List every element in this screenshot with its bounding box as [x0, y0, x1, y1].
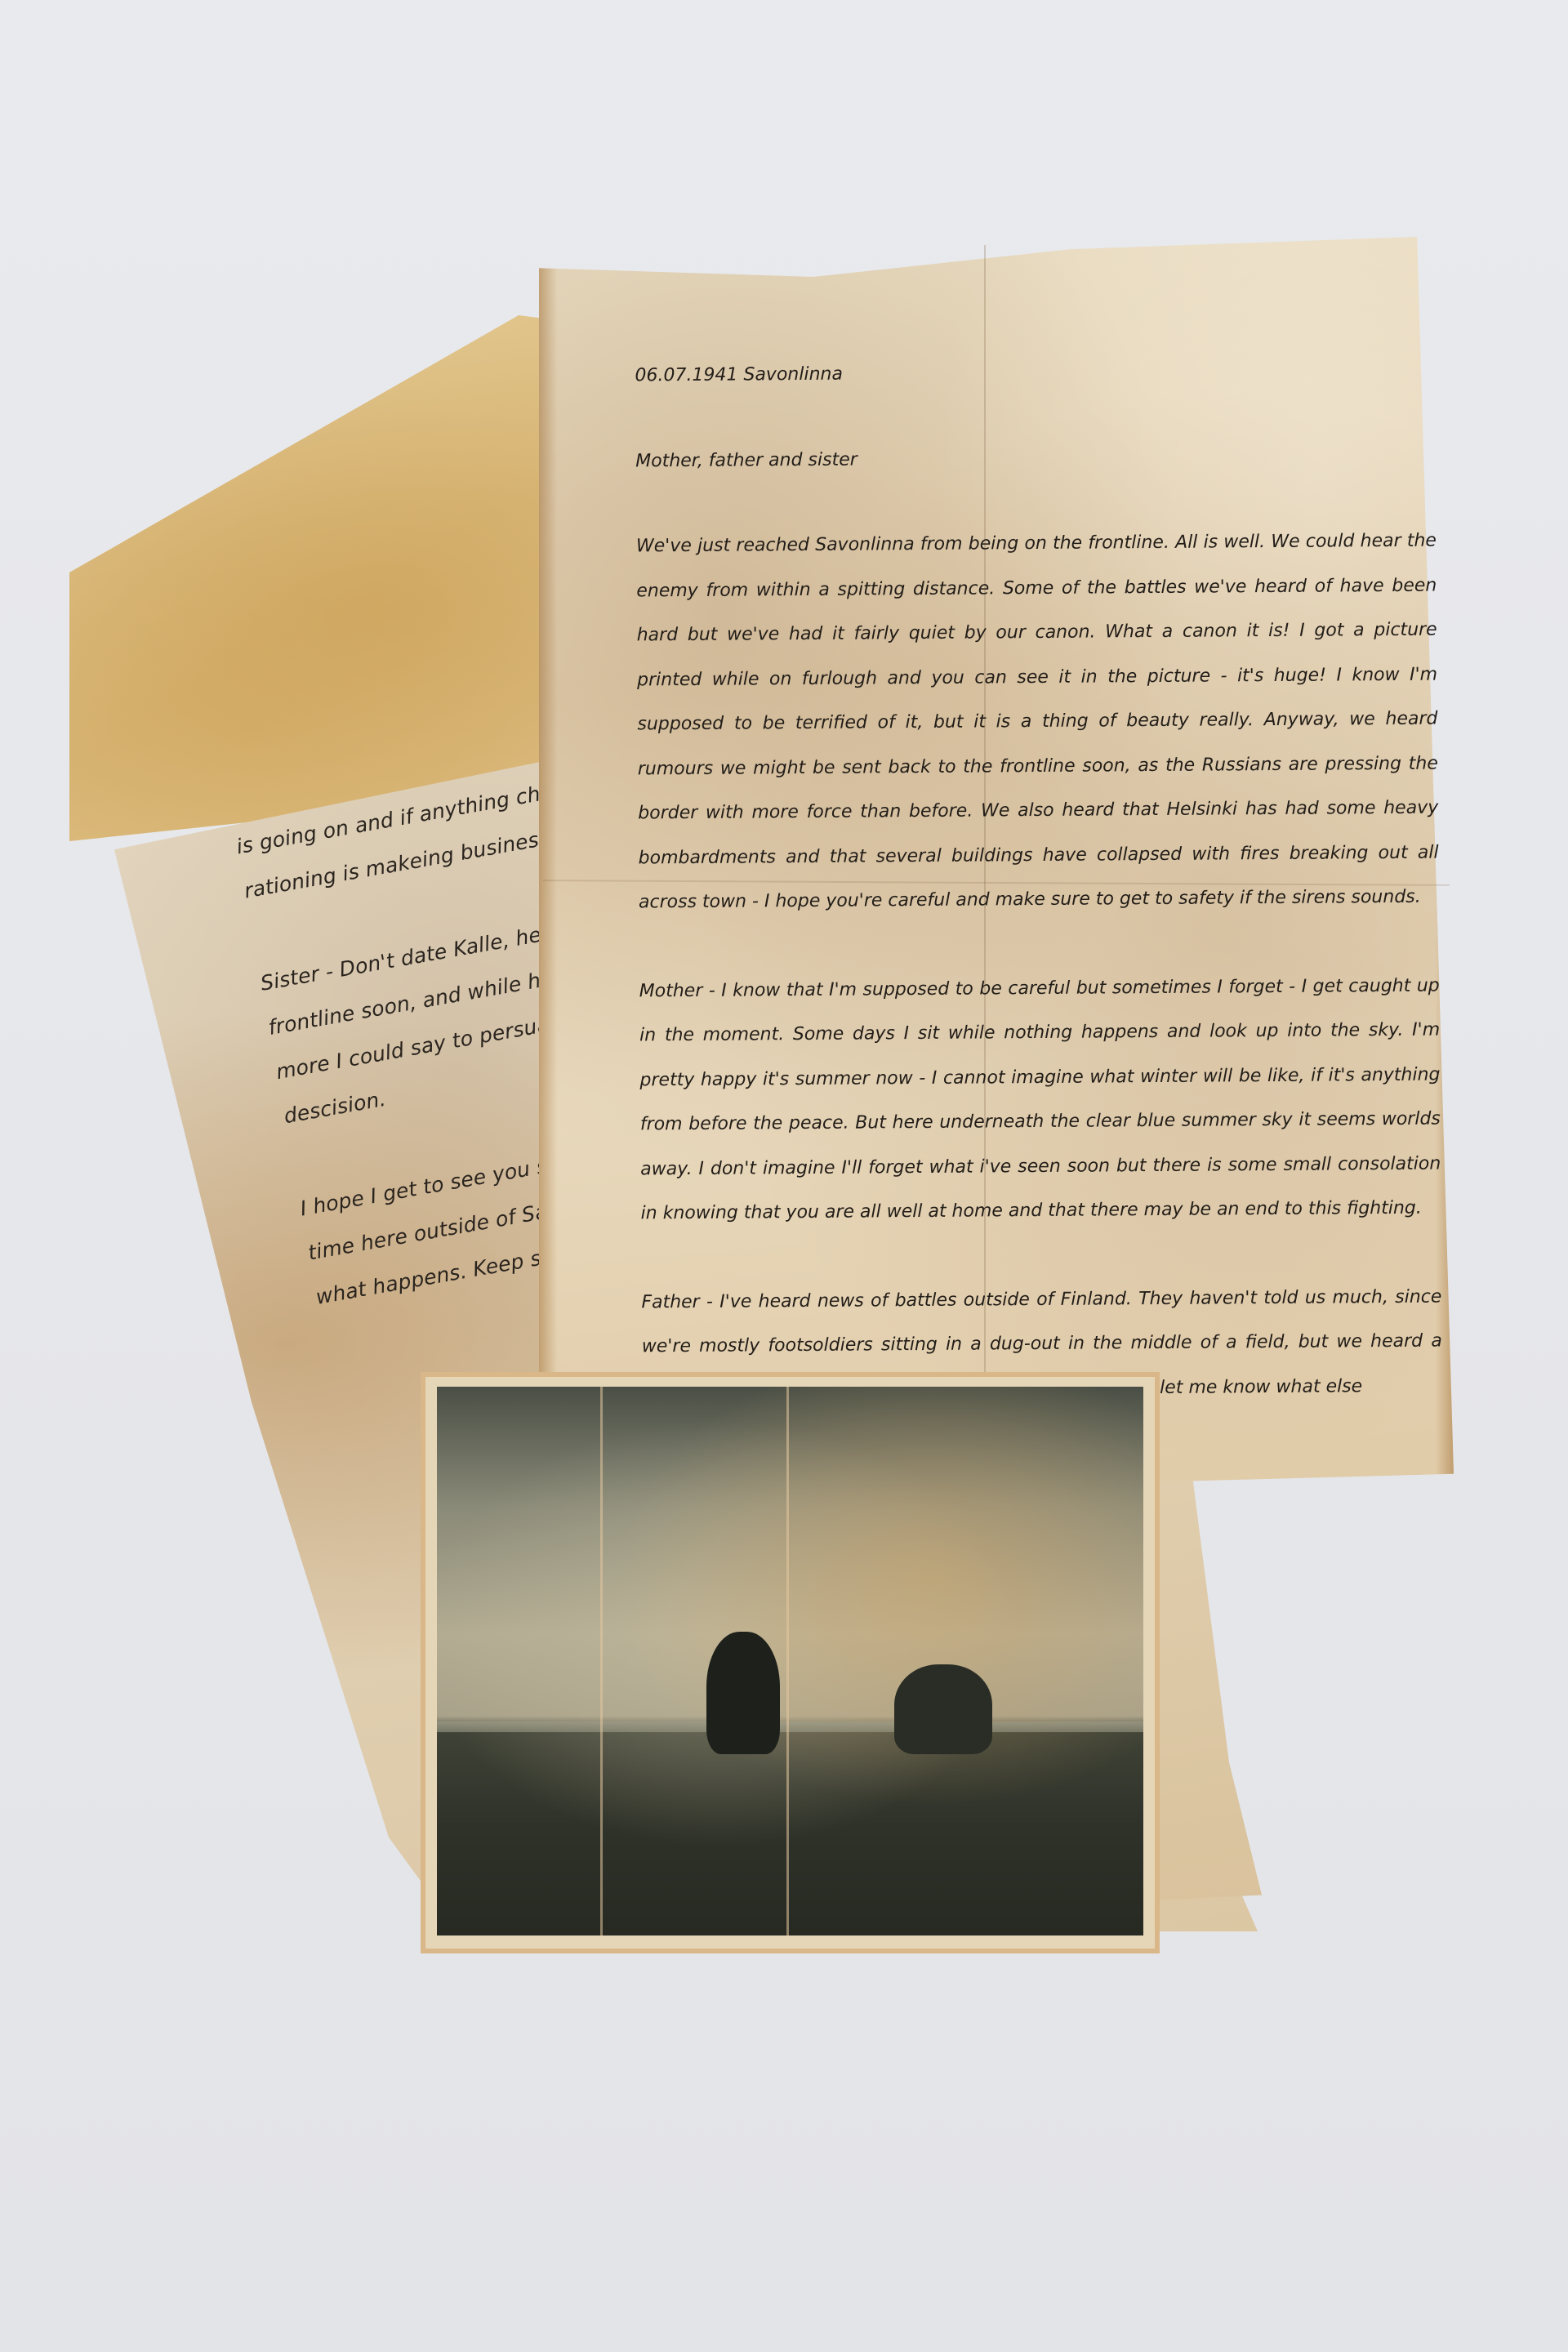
- signature: Henrik: [363, 1325, 563, 1372]
- photo-horizon: [437, 1722, 1143, 1732]
- left-page-text-area: is going on and if anything changes. Al …: [122, 784, 563, 1372]
- left-page-text: is going on and if anything changes. Al …: [233, 784, 563, 1372]
- photo-conifer-tree: [706, 1632, 780, 1754]
- photo-crease: [786, 1387, 789, 1935]
- photo-bush: [894, 1664, 992, 1754]
- photo-crease: [600, 1387, 603, 1935]
- letter-paragraph: Mother - I know that I'm supposed to be …: [639, 964, 1441, 1236]
- landscape-photograph: [421, 1372, 1160, 1953]
- main-letter-text: 06.07.1941 Savonlinna Mother, father and…: [635, 349, 1442, 1459]
- letter-paragraph: We've just reached Savonlinna from being…: [636, 519, 1439, 925]
- letter-date: 06.07.1941 Savonlinna: [635, 349, 1435, 399]
- letter-greeting: Mother, father and sister: [635, 434, 1436, 483]
- photo-image: [437, 1387, 1143, 1935]
